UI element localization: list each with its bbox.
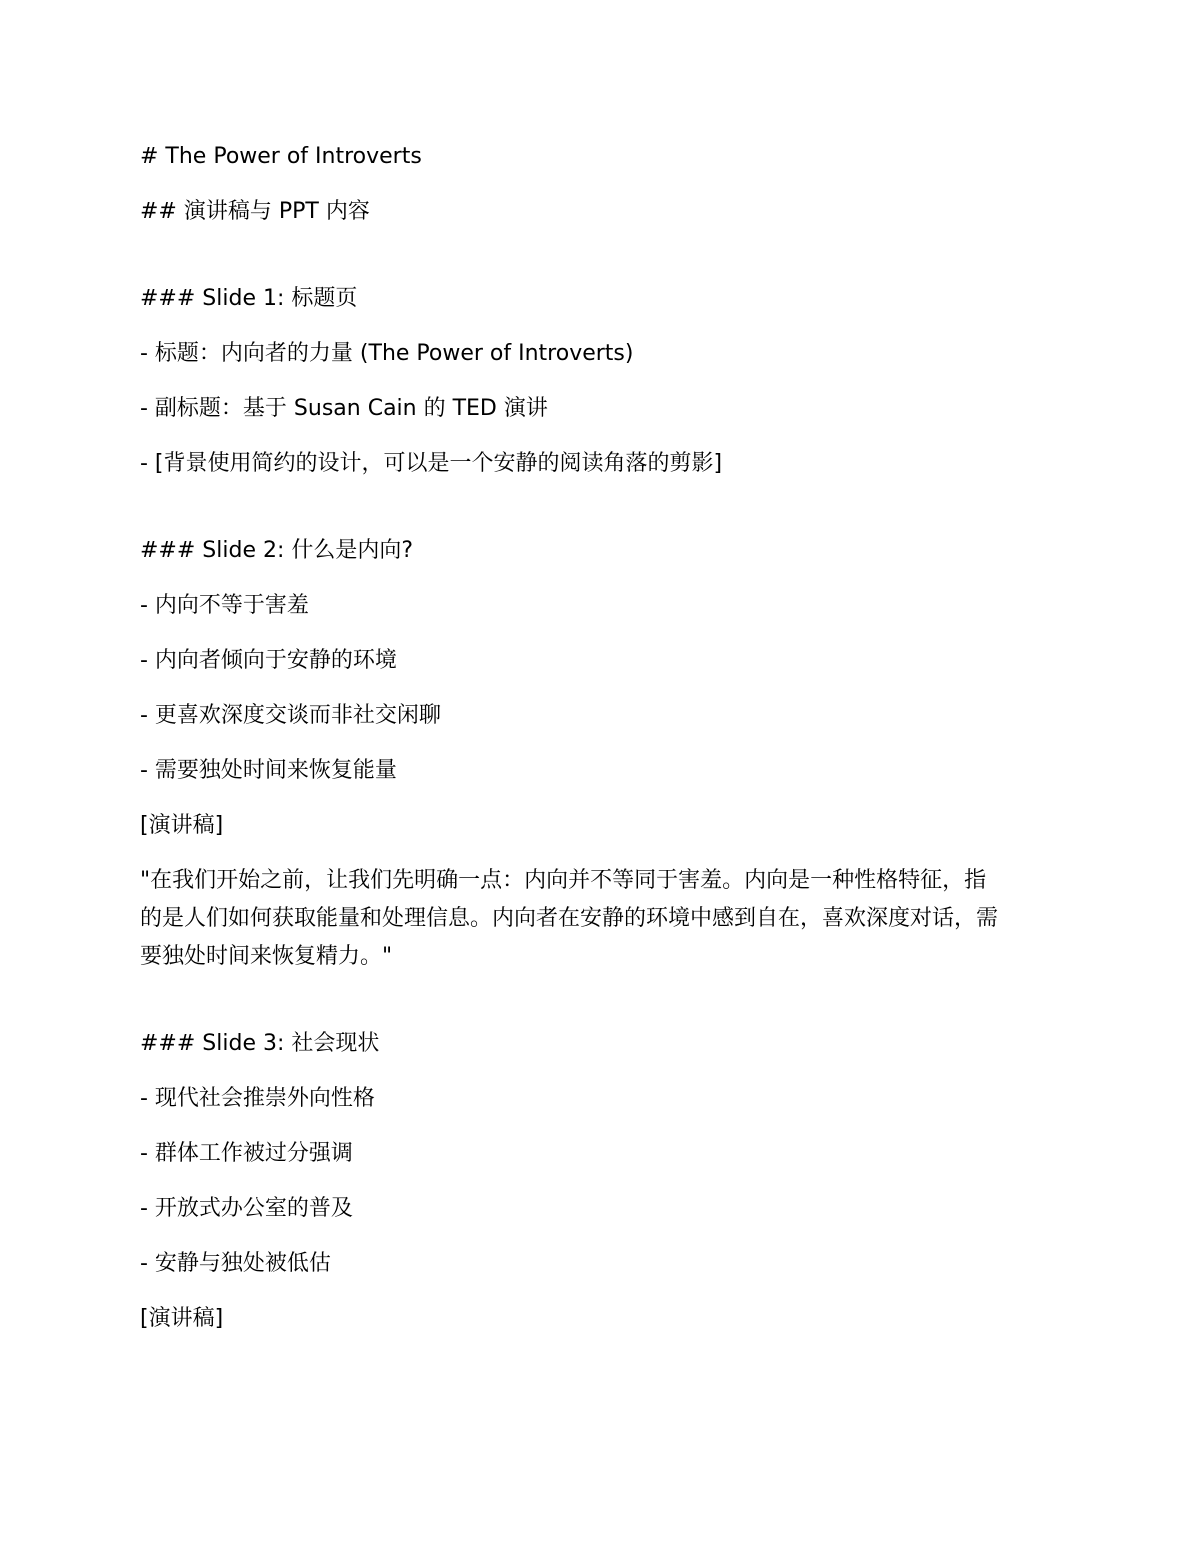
md-bullet-line: - 需要独处时间来恢复能量: [140, 752, 1060, 790]
md-bullet-line: - 标题：内向者的力量 (The Power of Introverts): [140, 335, 1060, 373]
document-content: # The Power of Introverts## 演讲稿与 PPT 内容#…: [140, 138, 1060, 1338]
md-label-line: [演讲稿]: [140, 1300, 1060, 1338]
md-bullet-line: - 内向者倾向于安静的环境: [140, 642, 1060, 680]
md-h3-line: ### Slide 1: 标题页: [140, 280, 1060, 318]
md-bullet-line: - 更喜欢深度交谈而非社交闲聊: [140, 697, 1060, 735]
md-bullet-line: - 开放式办公室的普及: [140, 1190, 1060, 1228]
md-bullet-line: - [背景使用简约的设计，可以是一个安静的阅读角落的剪影]: [140, 445, 1060, 483]
md-bullet-line: - 安静与独处被低估: [140, 1245, 1060, 1283]
md-h2-line: ## 演讲稿与 PPT 内容: [140, 193, 1060, 231]
md-h3-line: ### Slide 2: 什么是内向?: [140, 532, 1060, 570]
md-bullet-line: - 内向不等于害羞: [140, 587, 1060, 625]
md-bullet-line: - 现代社会推崇外向性格: [140, 1080, 1060, 1118]
md-bullet-line: - 群体工作被过分强调: [140, 1135, 1060, 1173]
md-bullet-line: - 副标题：基于 Susan Cain 的 TED 演讲: [140, 390, 1060, 428]
md-h1-line: # The Power of Introverts: [140, 138, 1060, 176]
md-paragraph-line: "在我们开始之前，让我们先明确一点：内向并不等同于害羞。内向是一种性格特征，指的…: [140, 862, 1060, 976]
document-page: # The Power of Introverts## 演讲稿与 PPT 内容#…: [0, 0, 1200, 1553]
md-h3-line: ### Slide 3: 社会现状: [140, 1025, 1060, 1063]
md-label-line: [演讲稿]: [140, 807, 1060, 845]
